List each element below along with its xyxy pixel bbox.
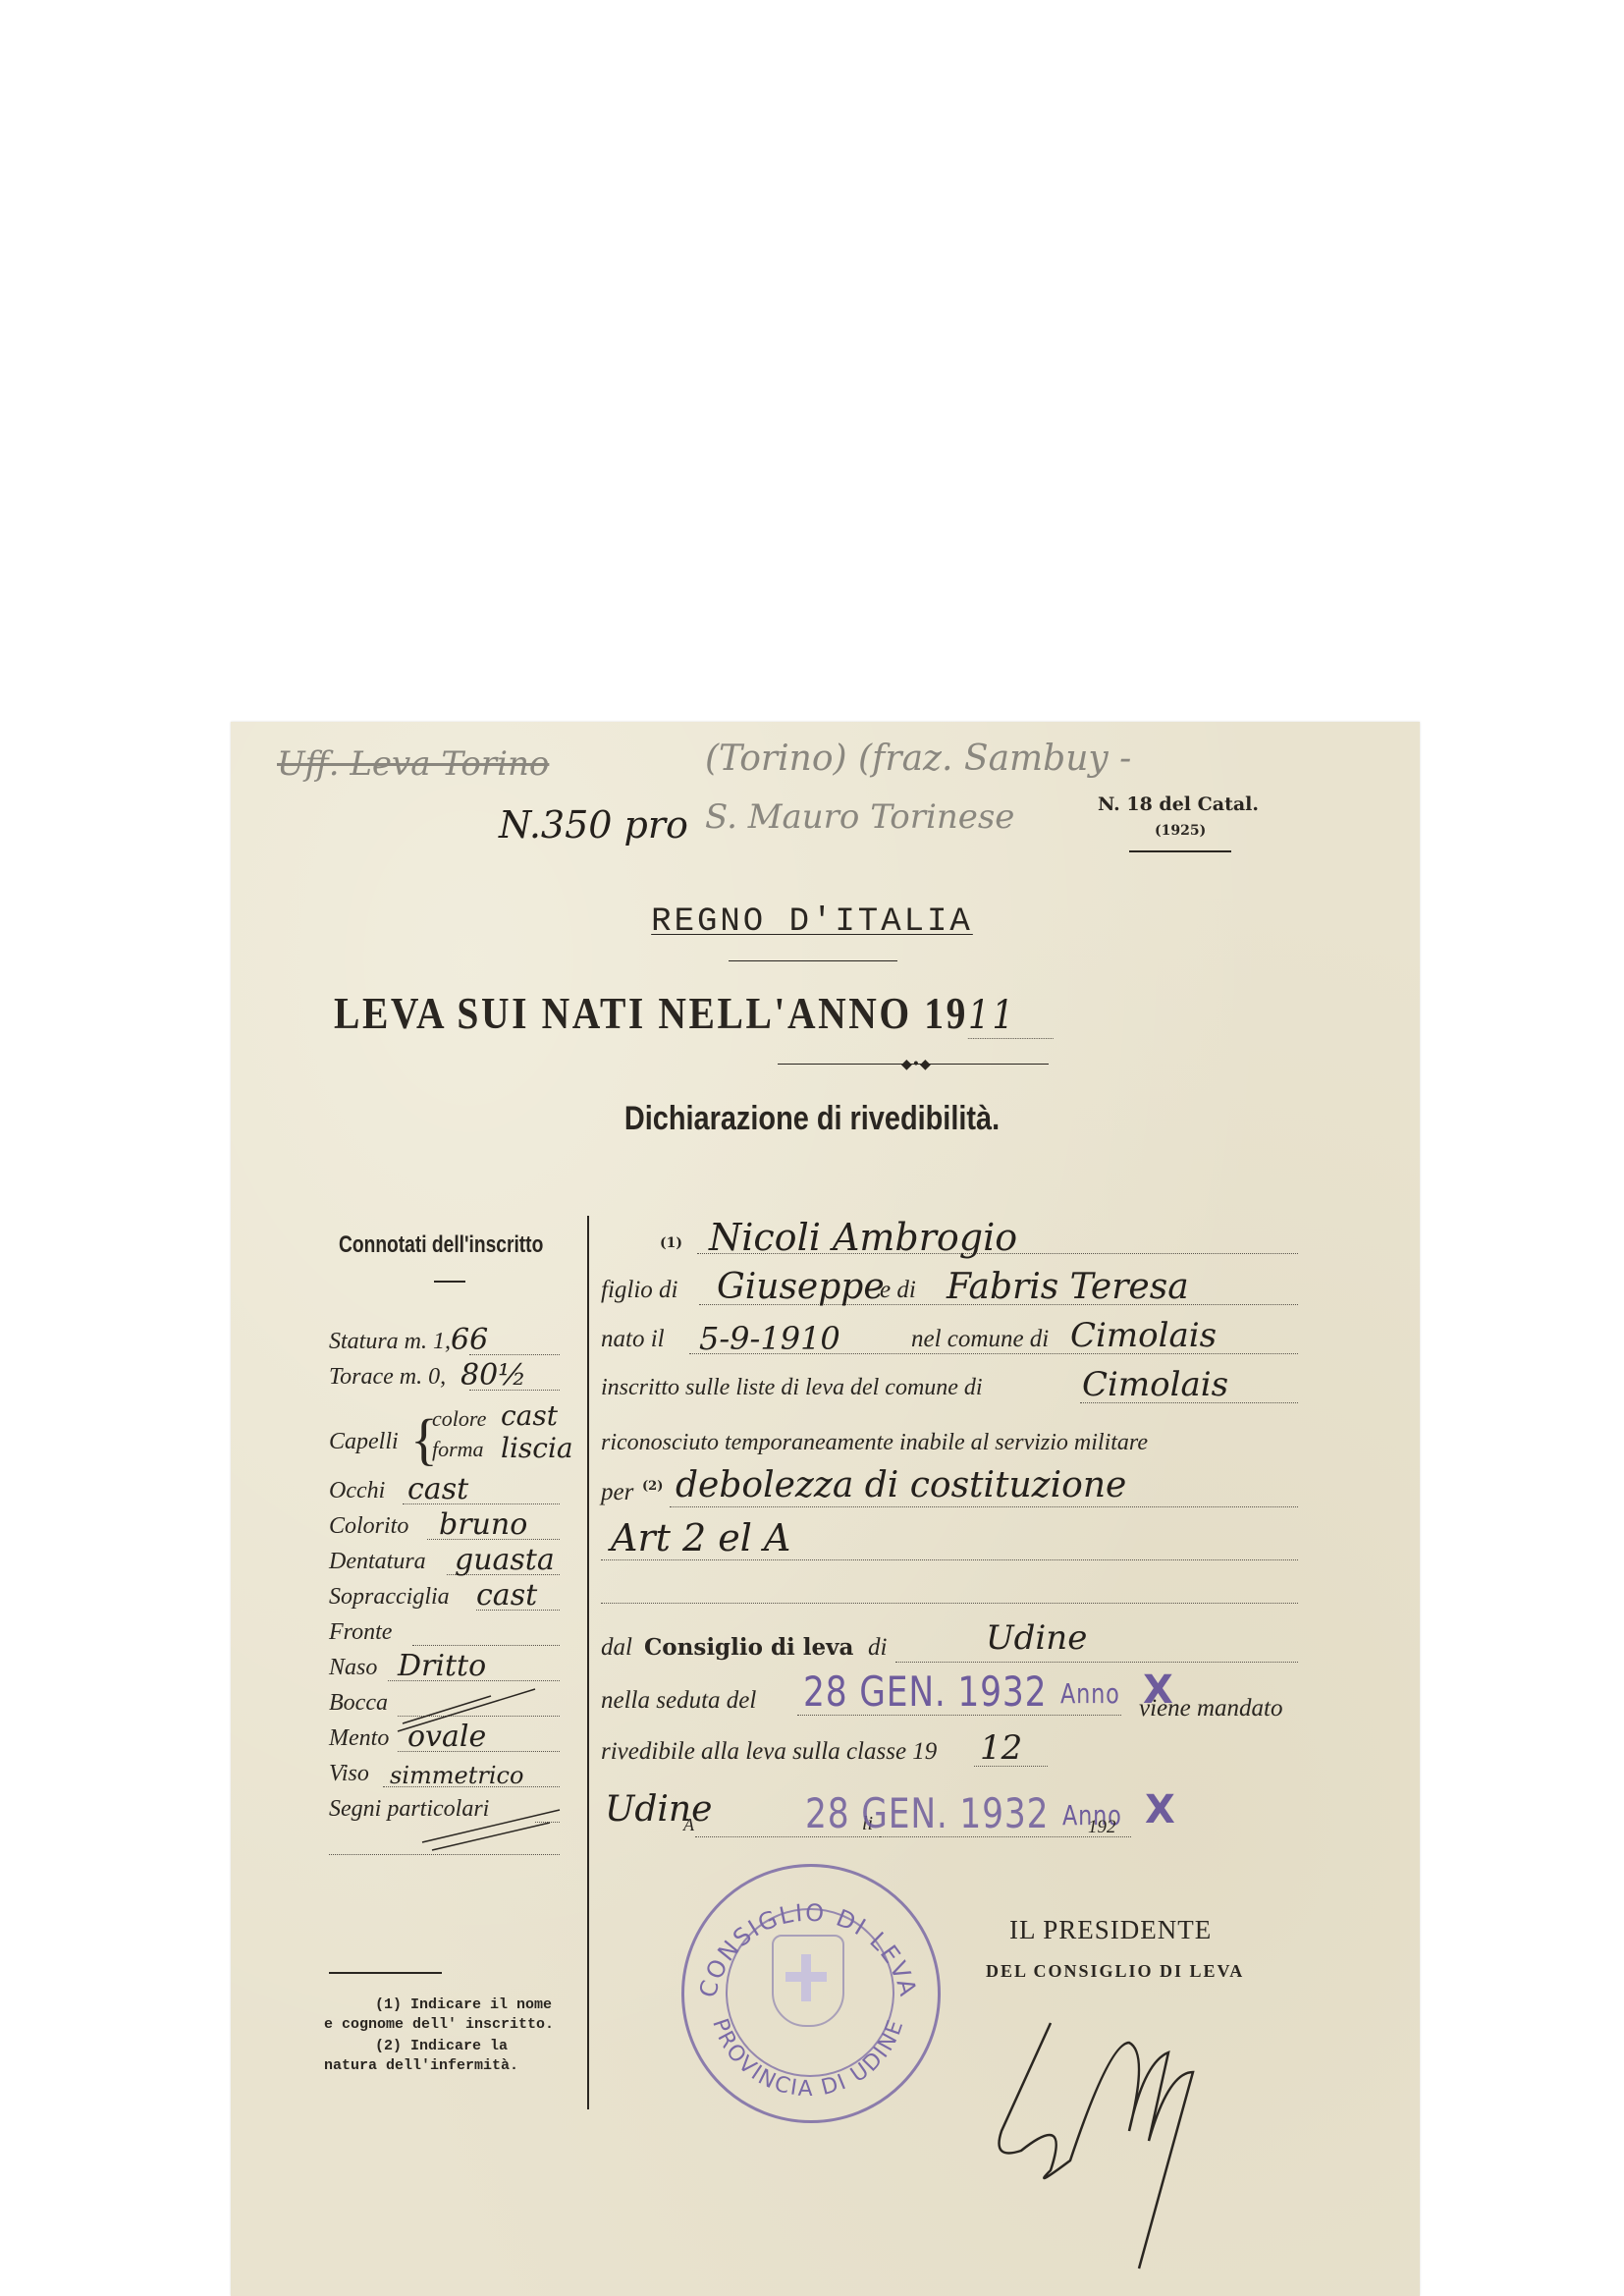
label-per: per — [601, 1479, 633, 1506]
bocca-strike-icon — [393, 1684, 569, 1733]
label-year-prefix: 192 — [1088, 1817, 1116, 1838]
row-blank — [601, 1583, 1300, 1622]
seal-top-text: CONSIGLIO DI LEVA — [694, 1898, 923, 2000]
field-statura: Statura m. 1, 66 — [329, 1326, 569, 1359]
label-inscritto: inscritto sulle liste di leva del comune… — [601, 1375, 983, 1401]
row-birth: nato il 5-9-1910 nel comune di Cimolais — [601, 1322, 1300, 1361]
segni-strike-icon — [412, 1805, 569, 1854]
label-colore: colore — [432, 1406, 486, 1432]
label-e-di: e di — [880, 1277, 916, 1304]
svg-text:PROVINCIA DI UDINE: PROVINCIA DI UDINE — [707, 2016, 909, 2103]
field-colorito: Colorito bruno — [329, 1510, 569, 1544]
header-divider — [729, 960, 897, 961]
label-capelli: Capelli — [329, 1429, 399, 1455]
value-article: Art 2 el A — [611, 1516, 790, 1559]
value-colorito: bruno — [439, 1507, 527, 1542]
label-riconosciuto: riconosciuto temporaneamente inabile al … — [601, 1430, 1148, 1456]
value-classe: 12 — [980, 1728, 1022, 1768]
date-stamp: 28 GEN. 1932 — [805, 1789, 1049, 1837]
ornament-icon: ◆•◆ — [901, 1057, 931, 1072]
field-viso: Viso simmetrico — [329, 1758, 569, 1791]
label-dentatura: Dentatura — [329, 1549, 426, 1575]
row-classe: rivedibile alla leva sulla classe 19 12 — [601, 1732, 1300, 1772]
label-viso: Viso — [329, 1761, 369, 1787]
label-sopracciglia: Sopracciglia — [329, 1584, 450, 1611]
leva-title-printed: LEVA SUI NATI NELL'ANNO 19 — [334, 988, 968, 1038]
row-article: Art 2 el A — [601, 1520, 1300, 1559]
label-torace: Torace m. 0, — [329, 1364, 446, 1391]
leva-title: LEVA SUI NATI NELL'ANNO 1911 — [334, 987, 1054, 1039]
president-subtitle: DEL CONSIGLIO DI LEVA — [986, 1961, 1244, 1982]
value-sopracciglia: cast — [476, 1578, 537, 1613]
value-father: Giuseppe — [717, 1267, 885, 1307]
segni-extra-line — [329, 1854, 560, 1855]
value-viso: simmetrico — [390, 1762, 523, 1789]
pencil-note-line1: (Torino) (fraz. Sambuy - — [705, 738, 1131, 779]
value-birth-comune: Cimolais — [1070, 1316, 1217, 1355]
catalog-number: N. 18 del Catal. — [1098, 793, 1259, 815]
row-parents: figlio di Giuseppe e di Fabris Teresa — [601, 1273, 1300, 1312]
label-occhi: Occhi — [329, 1478, 385, 1504]
value-place: Udine — [605, 1789, 712, 1830]
value-occhi: cast — [407, 1472, 468, 1506]
row-riconosciuto: riconosciuto temporaneamente inabile al … — [601, 1426, 1300, 1465]
date-anno-value: X — [1145, 1787, 1176, 1832]
field-dentatura: Dentatura guasta — [329, 1546, 569, 1579]
seal-text-ring: CONSIGLIO DI LEVA PROVINCIA DI UDINE — [681, 1864, 935, 2117]
footnote-rule — [329, 1972, 442, 1974]
pencil-note-line2: S. Mauro Torinese — [705, 797, 1014, 837]
value-capelli-colore: cast — [501, 1399, 558, 1432]
field-torace: Torace m. 0, 80½ — [329, 1361, 569, 1394]
svg-text:CONSIGLIO DI LEVA: CONSIGLIO DI LEVA — [694, 1898, 923, 2000]
note-ref-1: (1) — [660, 1235, 682, 1251]
row-consiglio: dal Consiglio di leva di Udine — [601, 1630, 1300, 1669]
footnote-1: (1) Indicare il nome e cognome dell' ins… — [324, 1995, 569, 2035]
blank-line — [601, 1603, 1298, 1604]
label-mento: Mento — [329, 1725, 389, 1752]
row-name: (1) Nicoli Ambrogio — [601, 1222, 1300, 1261]
label-nato: nato il — [601, 1326, 665, 1353]
field-naso: Naso Dritto — [329, 1652, 569, 1685]
kingdom-heading: REGNO D'ITALIA — [0, 903, 1624, 941]
label-forma: forma — [432, 1437, 484, 1462]
field-occhi: Occhi cast — [329, 1475, 569, 1508]
label-statura: Statura m. 1, — [329, 1329, 451, 1355]
connotati-title: Connotati dell'inscritto — [339, 1231, 543, 1259]
leva-title-year: 11 — [968, 993, 1054, 1039]
field-sopracciglia: Sopracciglia cast — [329, 1581, 569, 1614]
catalog-year: (1925) — [1155, 823, 1206, 839]
reason-line — [670, 1506, 1298, 1507]
label-figlio: figlio di — [601, 1277, 677, 1304]
document-subtitle: Dichiarazione di rivedibilità. — [122, 1100, 1502, 1138]
value-statura: 66 — [451, 1323, 488, 1357]
label-comune: nel comune di — [911, 1326, 1049, 1353]
value-birth-date: 5-9-1910 — [699, 1320, 840, 1357]
value-dentatura: guasta — [455, 1543, 555, 1577]
value-consiglio-city: Udine — [986, 1618, 1087, 1658]
seduta-date-stamp: 28 GEN. 1932 — [803, 1667, 1047, 1716]
connotati-rule — [434, 1281, 465, 1283]
article-line — [601, 1559, 1298, 1560]
president-title: IL PRESIDENTE — [1009, 1915, 1212, 1945]
registry-number: N.350 pro — [499, 803, 688, 847]
seal-bottom-text: PROVINCIA DI UDINE — [707, 2016, 909, 2103]
note-ref-2: (2) — [642, 1479, 663, 1494]
president-signature — [982, 2003, 1257, 2288]
label-fronte: Fronte — [329, 1619, 392, 1646]
consiglio-line — [895, 1662, 1298, 1663]
label-colorito: Colorito — [329, 1513, 408, 1540]
value-list-comune: Cimolais — [1082, 1365, 1228, 1404]
value-mother: Fabris Teresa — [947, 1267, 1189, 1307]
label-place-prefix: A — [683, 1815, 694, 1835]
value-capelli-forma: liscia — [501, 1432, 573, 1464]
label-consiglio: Consiglio di leva — [644, 1634, 853, 1661]
label-rivedibile: rivedibile alla leva sulla classe 19 — [601, 1738, 937, 1766]
value-name: Nicoli Ambrogio — [709, 1216, 1017, 1259]
value-naso: Dritto — [398, 1649, 486, 1683]
catalog-rule — [1129, 850, 1231, 852]
row-inscribed: inscritto sulle liste di leva del comune… — [601, 1371, 1300, 1410]
value-reason: debolezza di costituzione — [676, 1465, 1126, 1505]
label-di: di — [868, 1634, 887, 1662]
row-seduta: nella seduta del 28 GEN. 1932 Anno X vie… — [601, 1675, 1300, 1715]
row-place-date: Udine A li 28 GEN. 1932 Anno X 192 — [601, 1793, 1300, 1832]
label-viene: viene mandato — [1139, 1695, 1282, 1722]
seduta-anno-stamp: Anno — [1060, 1677, 1120, 1710]
field-fronte: Fronte — [329, 1616, 569, 1650]
label-naso: Naso — [329, 1655, 377, 1681]
struck-office-note: Uff. Leva Torino — [277, 744, 549, 784]
row-reason: per (2) debolezza di costituzione — [601, 1473, 1300, 1512]
column-divider — [587, 1216, 589, 2109]
footnote-2: (2) Indicare la natura dell'infermità. — [324, 2037, 569, 2076]
label-dal: dal — [601, 1634, 632, 1662]
label-bocca: Bocca — [329, 1690, 388, 1717]
value-torace: 80½ — [460, 1358, 526, 1393]
label-seduta: nella seduta del — [601, 1687, 756, 1715]
